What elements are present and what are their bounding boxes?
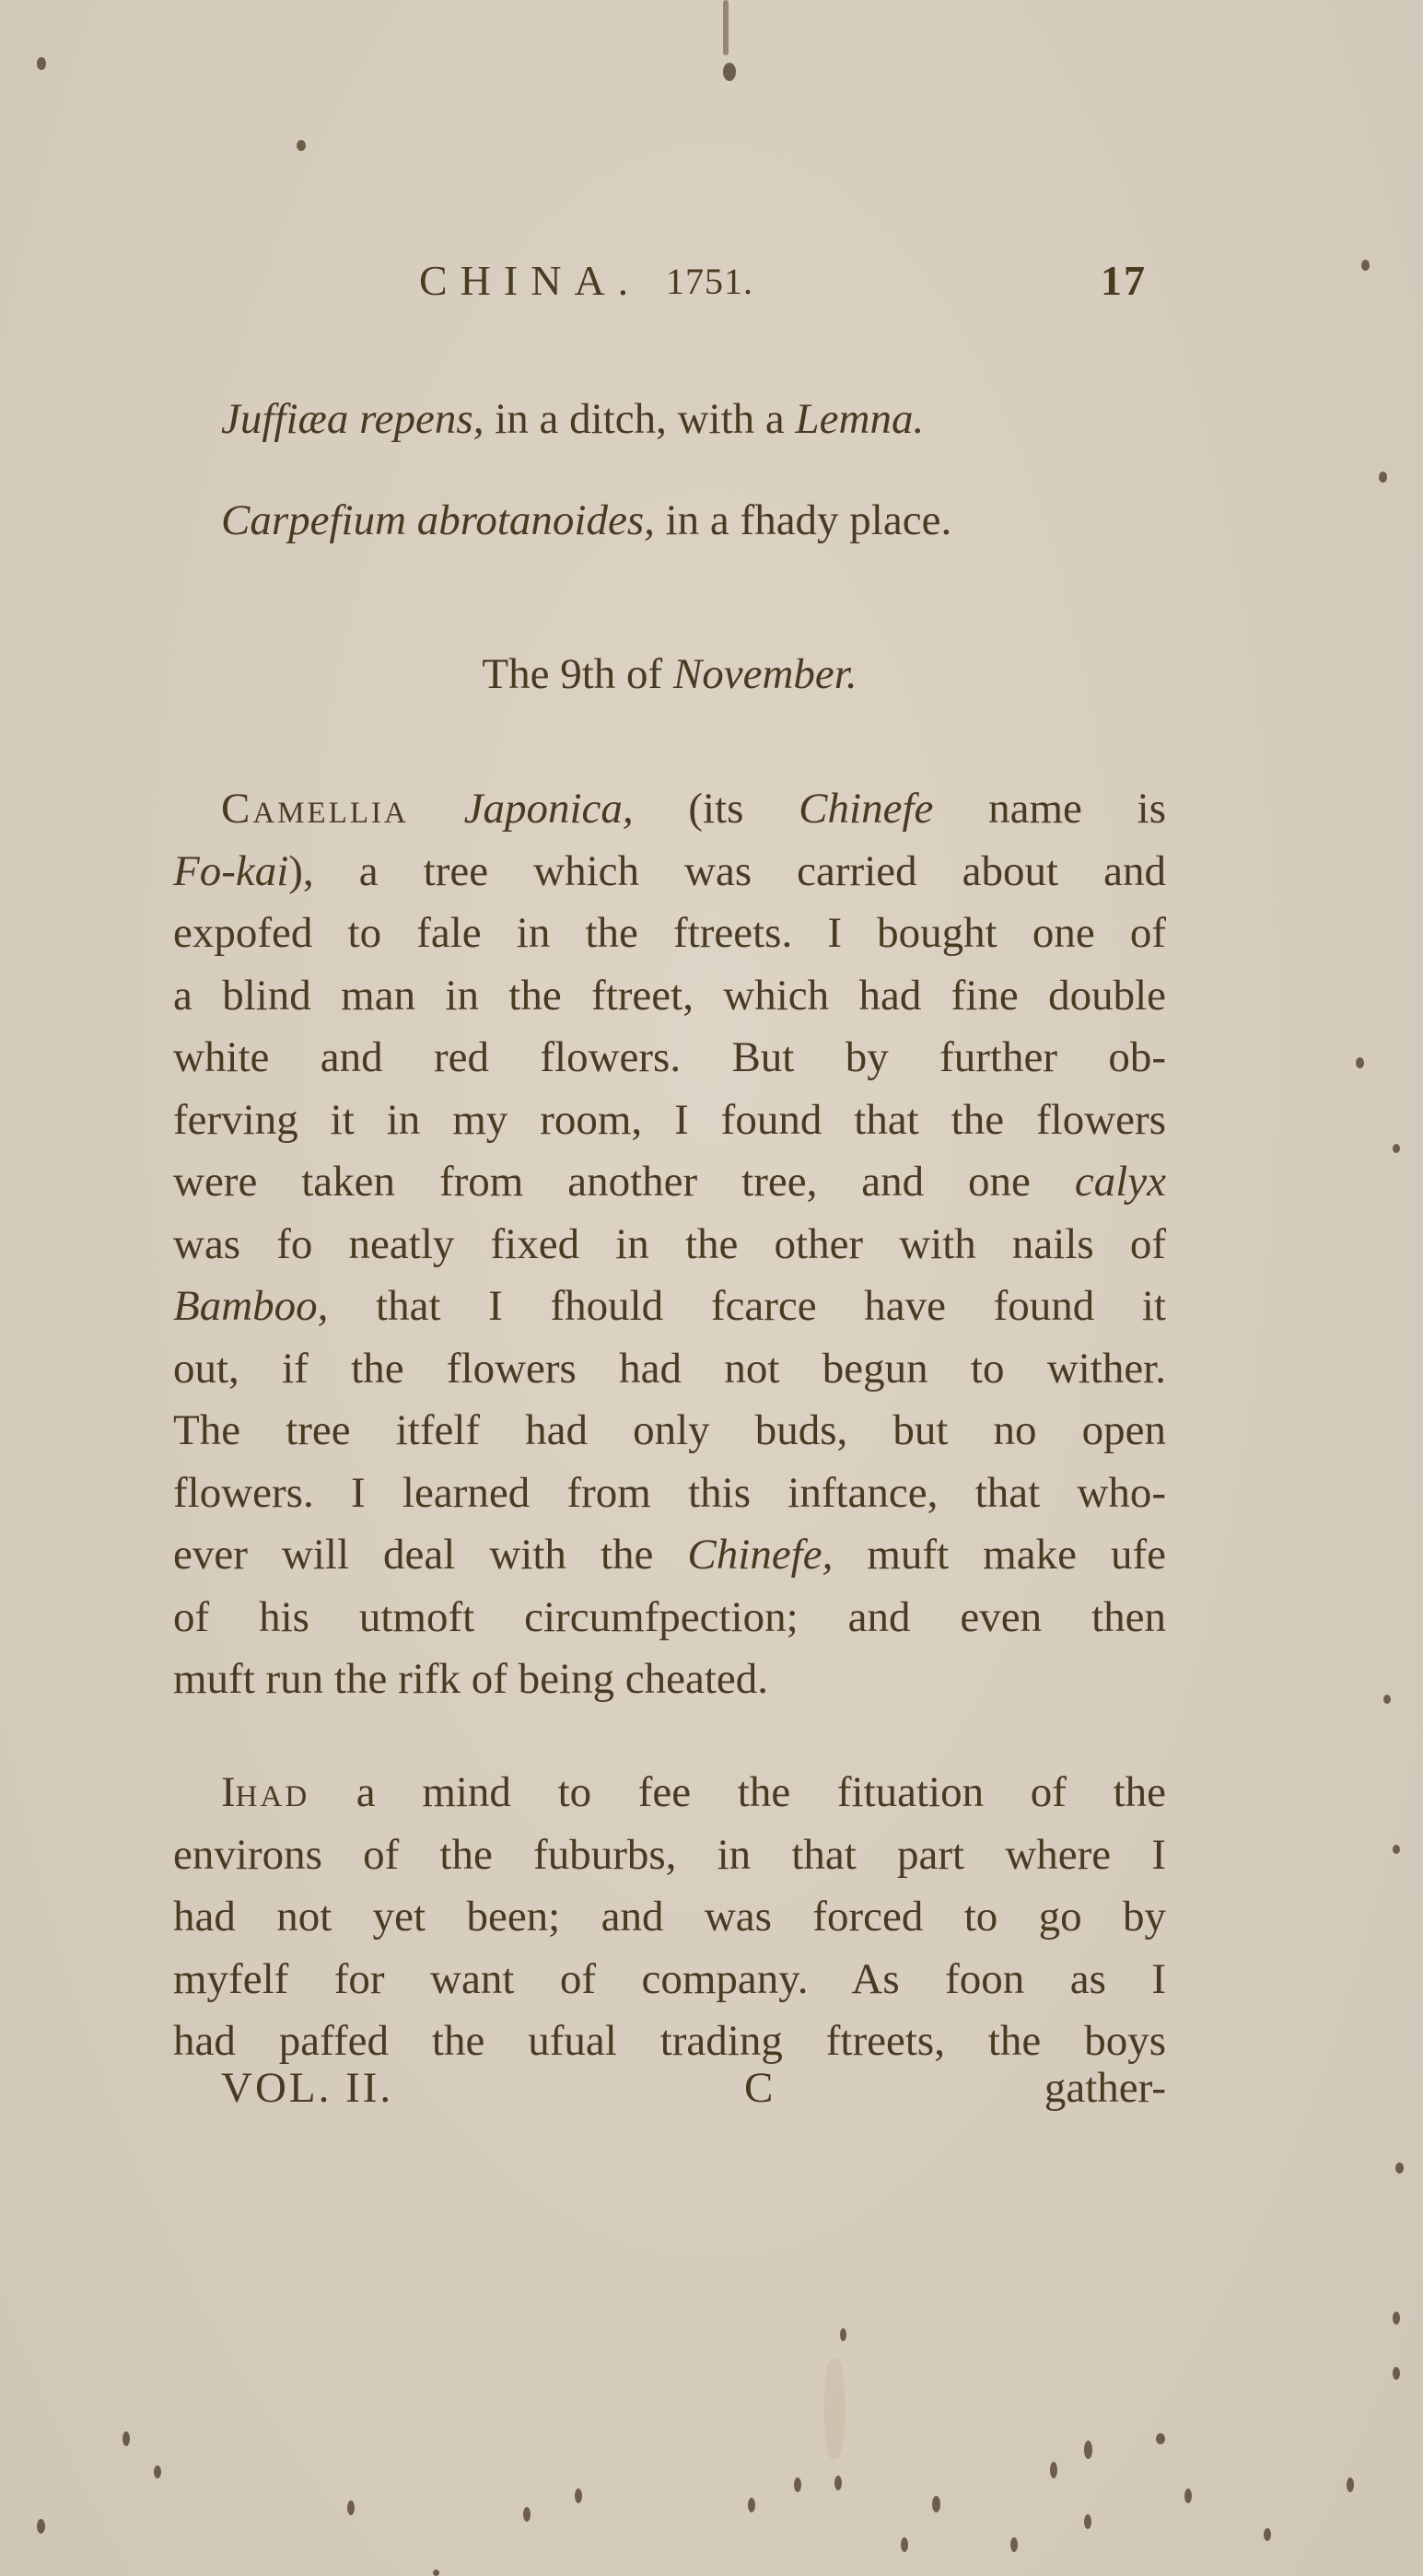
- paper-speck: [723, 63, 736, 81]
- text-run: a mind to fee the fituation of the: [309, 1768, 1166, 1816]
- text-line: The tree itfelf had only buds, but no op…: [173, 1400, 1166, 1463]
- page-number: 17: [1101, 256, 1147, 305]
- paper-speck: [122, 2431, 130, 2446]
- text-line: Camellia Japonica, (its Chinefe name is: [173, 778, 1166, 841]
- paper-speck: [1383, 1695, 1391, 1704]
- text-line: expofed to fale in the ftreets. I bought…: [173, 903, 1166, 965]
- paper-speck: [840, 2328, 846, 2341]
- italic-term: Japonica,: [464, 785, 634, 833]
- paper-speck: [1393, 2312, 1400, 2325]
- paper-speck: [1050, 2462, 1057, 2478]
- paper-speck: [154, 2465, 161, 2478]
- text-line: environs of the fuburbs, in that part wh…: [173, 1824, 1166, 1887]
- small-caps-lead: had: [236, 1768, 310, 1816]
- italic-term: Chinefe: [799, 785, 933, 833]
- paper-speck: [575, 2489, 582, 2503]
- paper-stain: [824, 2358, 845, 2459]
- paper-speck: [1356, 1057, 1364, 1068]
- text-run: (its: [634, 785, 799, 833]
- paper-speck: [1395, 2162, 1404, 2174]
- paper-speck: [297, 140, 306, 151]
- paragraph-suburbs: Ihad a mind to fee the fituation of the …: [173, 1762, 1166, 2073]
- paper-speck: [723, 0, 729, 55]
- paper-speck: [1156, 2433, 1165, 2444]
- text-line: of his utmoft circumfpection; and even t…: [173, 1587, 1166, 1649]
- paper-speck: [37, 2519, 45, 2534]
- text-line: Fo-kai), a tree which was carried about …: [173, 841, 1166, 903]
- italic-term: Chinefe,: [687, 1531, 833, 1579]
- plant-location: in a ditch, with a: [484, 395, 795, 443]
- text-line: ever will deal with the Chinefe, muft ma…: [173, 1524, 1166, 1587]
- paper-speck: [37, 57, 46, 70]
- paragraph-camellia: Camellia Japonica, (its Chinefe name is …: [173, 778, 1166, 1711]
- paper-speck: [1361, 260, 1370, 271]
- paper-speck: [1184, 2489, 1192, 2503]
- small-caps-lead: Camellia: [221, 785, 409, 833]
- text-run: I: [221, 1768, 236, 1816]
- paper-speck: [347, 2500, 355, 2515]
- page-footer: VOL. II. C gather-: [173, 2063, 1166, 2126]
- text-run: ever will deal with the: [173, 1531, 687, 1579]
- paper-speck: [1393, 1845, 1400, 1854]
- plant-location: in a fhady place.: [655, 496, 951, 544]
- catchword: gather-: [1044, 2063, 1166, 2113]
- italic-term: calyx: [1075, 1158, 1166, 1206]
- paper-speck: [1084, 2514, 1091, 2529]
- plant-name: Carpefium abrotanoides,: [221, 496, 655, 544]
- italic-term: Fo-kai: [173, 847, 288, 895]
- paper-speck: [523, 2507, 531, 2522]
- paper-speck: [794, 2477, 801, 2492]
- date-heading-month: November.: [673, 650, 857, 698]
- text-line: white and red flowers. But by further ob…: [173, 1027, 1166, 1090]
- text-run: that I fhould fcarce have found it: [328, 1282, 1166, 1330]
- date-heading: The 9th of November.: [173, 649, 1166, 699]
- text-line: a blind man in the ftreet, which had fin…: [173, 965, 1166, 1028]
- paper-speck: [433, 2570, 439, 2576]
- text-line: muft run the rifk of being cheated.: [173, 1649, 1166, 1711]
- volume-label: VOL. II.: [221, 2063, 393, 2113]
- text-run: muft make ufe: [833, 1531, 1166, 1579]
- paper-speck: [1393, 2367, 1400, 2380]
- text-run: name is: [933, 785, 1166, 833]
- italic-term: Bamboo,: [173, 1282, 328, 1330]
- plant-entry: Juffiæa repens, in a ditch, with a Lemna…: [173, 368, 1166, 470]
- paper-speck: [1010, 2537, 1018, 2552]
- text-line: Bamboo, that I fhould fcarce have found …: [173, 1276, 1166, 1338]
- paper-speck: [1347, 2477, 1354, 2492]
- paper-speck: [834, 2476, 842, 2490]
- text-line: were taken from another tree, and one ca…: [173, 1151, 1166, 1214]
- paper-speck: [932, 2496, 940, 2512]
- running-head-title: CHINA.: [419, 256, 641, 305]
- plant-entries: Juffiæa repens, in a ditch, with a Lemna…: [173, 368, 1166, 571]
- plant-name: Juffiæa repens,: [221, 395, 484, 443]
- text-line: had not yet been; and was forced to go b…: [173, 1886, 1166, 1949]
- text-line: ferving it in my room, I found that the …: [173, 1090, 1166, 1152]
- text-line: was fo neatly fixed in the other with na…: [173, 1214, 1166, 1276]
- running-head-year: 1751.: [666, 260, 753, 303]
- text-line: myfelf for want of company. As foon as I: [173, 1949, 1166, 2011]
- paper-speck: [901, 2537, 908, 2552]
- running-head: CHINA. 1751. 17: [419, 256, 1156, 311]
- date-heading-prefix: The 9th of: [482, 650, 673, 698]
- signature-mark: C: [744, 2063, 773, 2113]
- text-line: Ihad a mind to fee the fituation of the: [173, 1762, 1166, 1824]
- plant-entry: Carpefium abrotanoides, in a fhady place…: [173, 470, 1166, 571]
- plant-companion: Lemna.: [796, 395, 925, 443]
- paper-speck: [1393, 1144, 1400, 1153]
- paper-speck: [748, 2498, 755, 2512]
- text-line: out, if the flowers had not begun to wit…: [173, 1338, 1166, 1401]
- text-line: flowers. I learned from this inftance, t…: [173, 1463, 1166, 1525]
- text-run: were taken from another tree, and one: [173, 1158, 1075, 1206]
- paper-speck: [1379, 472, 1387, 483]
- paper-speck: [1084, 2441, 1092, 2459]
- paper-speck: [1264, 2528, 1271, 2541]
- book-page: CHINA. 1751. 17 Juffiæa repens, in a dit…: [0, 0, 1423, 2576]
- text-run: ), a tree which was carried about and: [288, 847, 1166, 895]
